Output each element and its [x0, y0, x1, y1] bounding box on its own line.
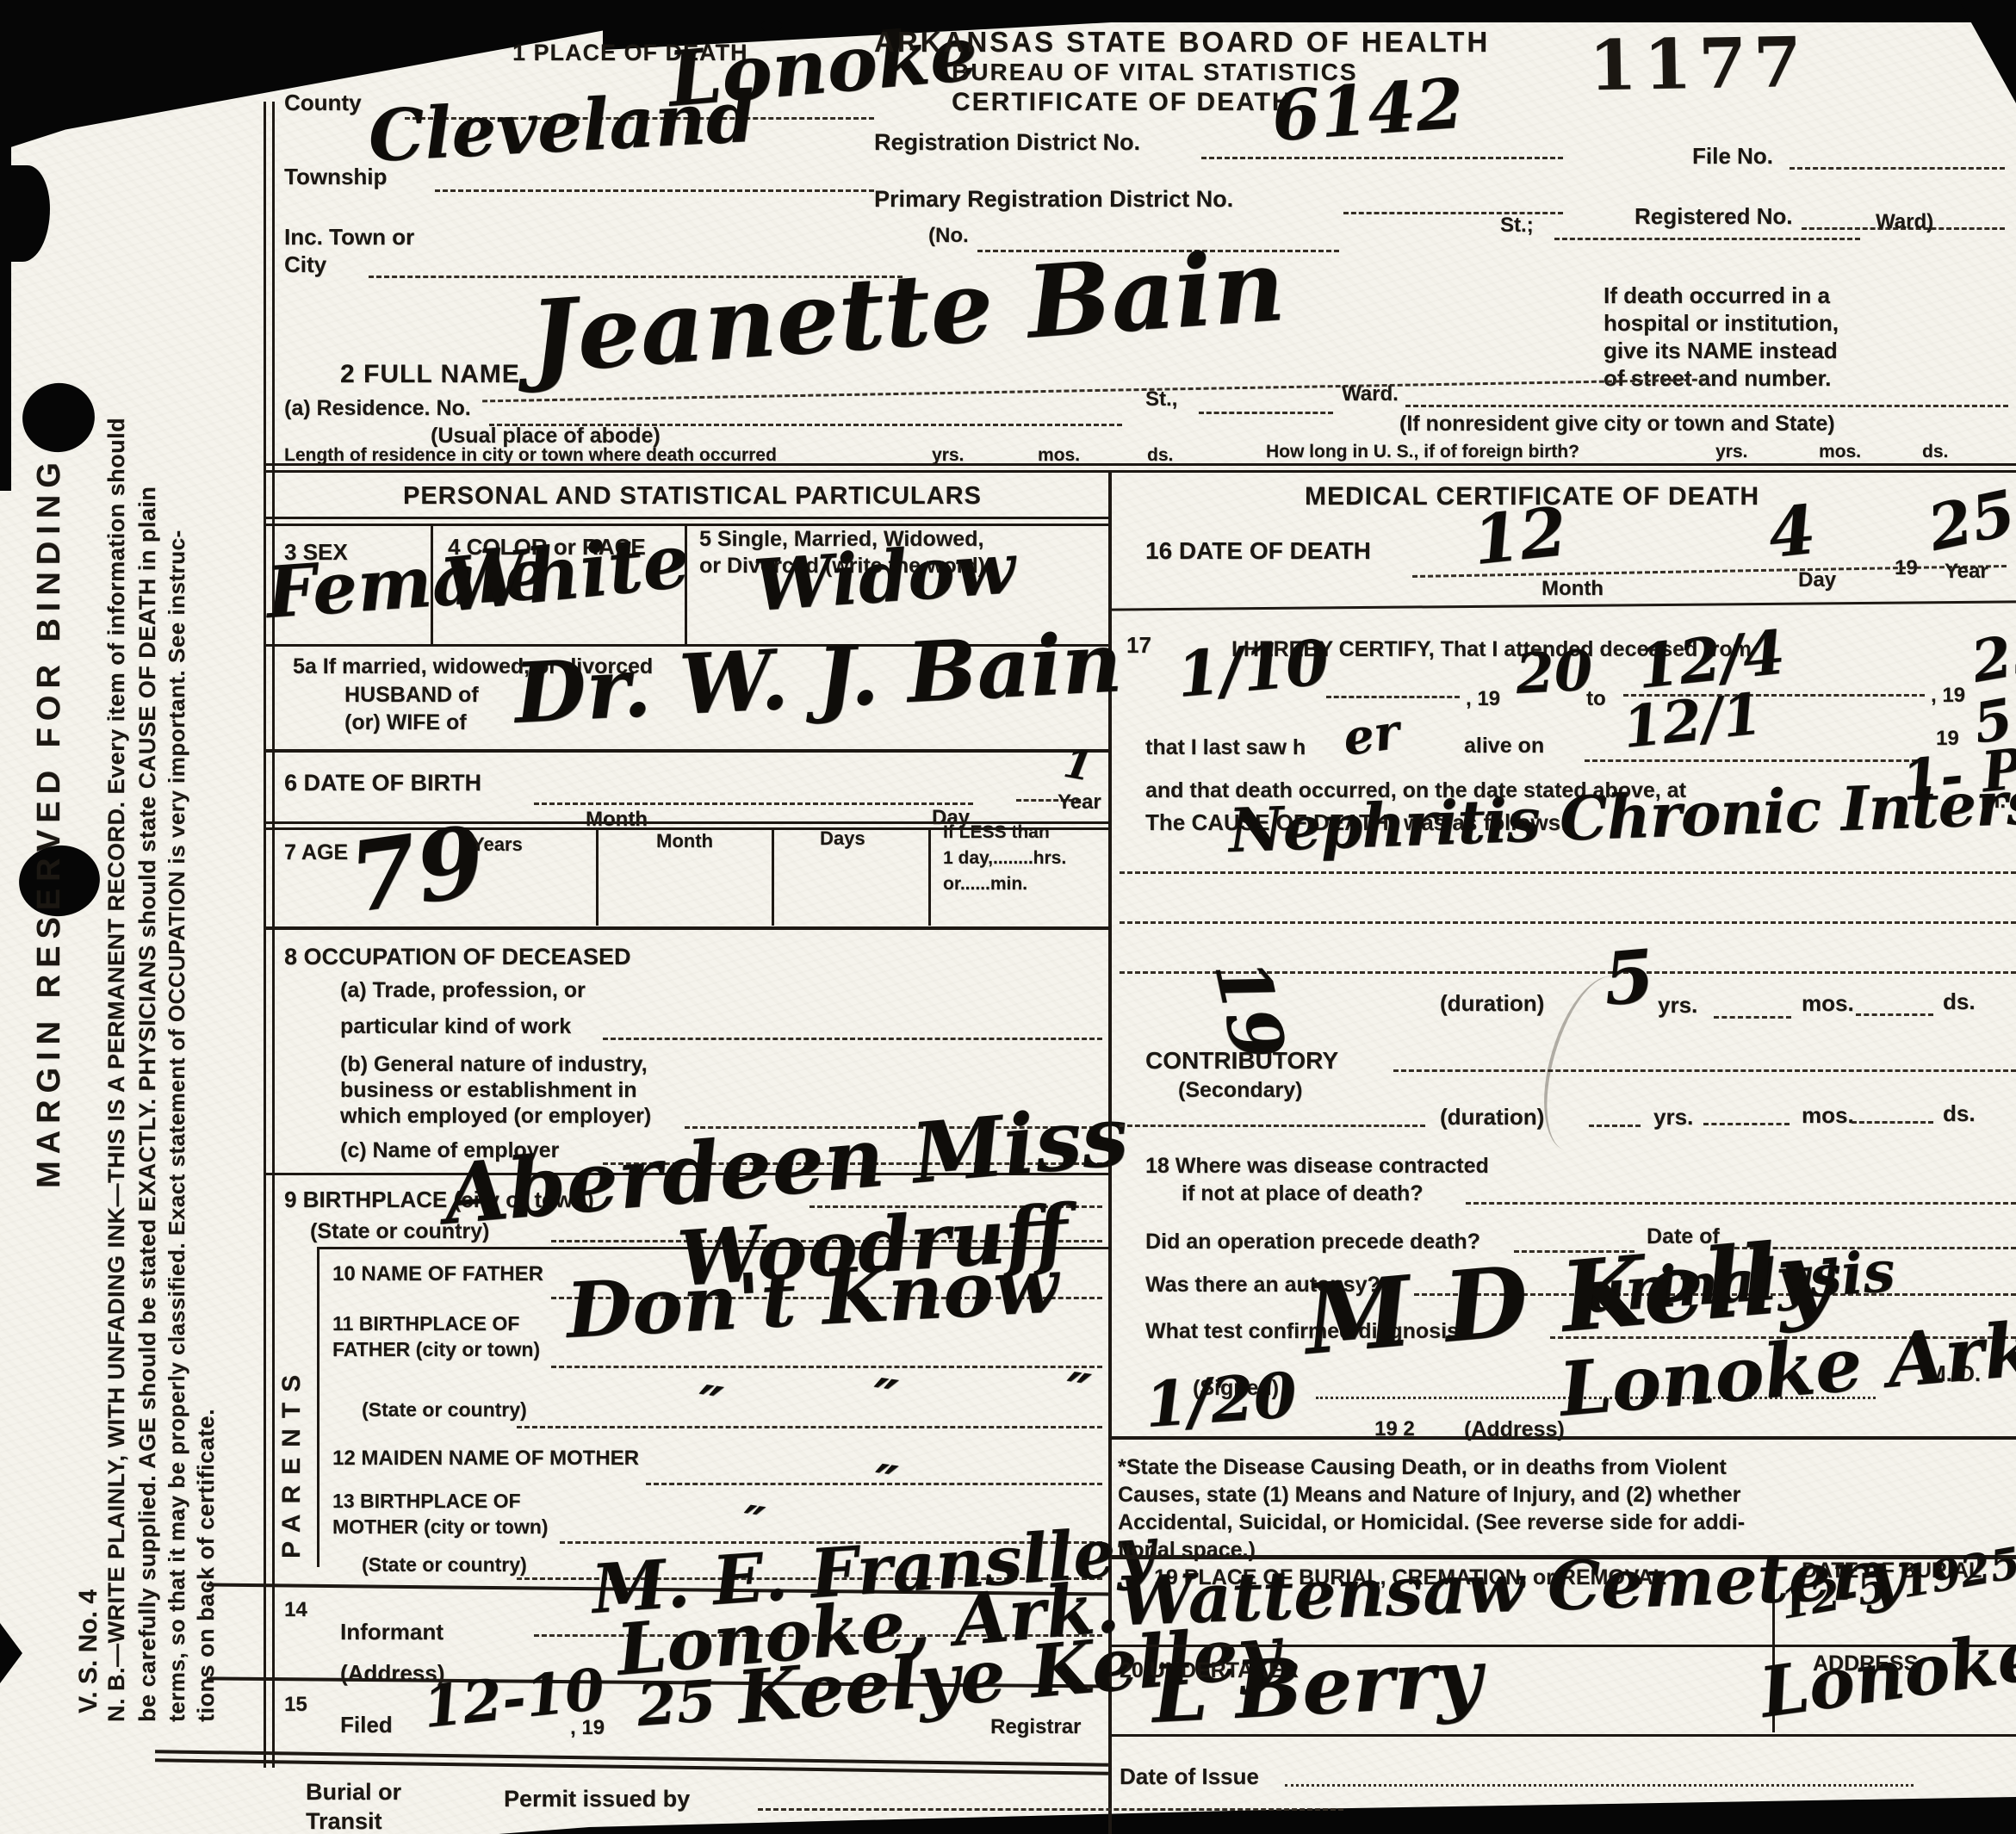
- length-ds-label: ds.: [1147, 446, 1173, 464]
- full-name-label: 2 FULL NAME: [340, 362, 520, 387]
- occupation-b3: which employed (or employer): [340, 1106, 651, 1127]
- death-year-value: 25: [1923, 481, 2016, 560]
- howlong-ds-label: ds.: [1922, 443, 1948, 461]
- registration-district-value: 6142: [1269, 69, 1466, 151]
- duration1-value: 5: [1601, 939, 1658, 1016]
- age-divider-3: [928, 827, 931, 926]
- duration2-mos: mos.: [1802, 1104, 1854, 1126]
- attended-19-to: , 19: [1931, 685, 1965, 706]
- duration1-label: (duration): [1440, 992, 1544, 1014]
- margin-nb-line4: tions on back of certificate.: [195, 207, 218, 1722]
- operation-label: Did an operation precede death?: [1145, 1231, 1480, 1253]
- registrar-label: Registrar: [990, 1717, 1081, 1738]
- permit-line: [758, 1808, 1343, 1811]
- duration2-yrs-line: [1589, 1125, 1641, 1127]
- duration1-mos-line: [1856, 1013, 1933, 1016]
- father-state-line: [517, 1426, 1102, 1428]
- permit-label: Permit issued by: [504, 1788, 690, 1811]
- nonresident-note: (If nonresident give city or town and St…: [1399, 413, 1835, 435]
- secondary-label: (Secondary): [1178, 1080, 1302, 1101]
- personal-header: PERSONAL AND STATISTICAL PARTICULARS: [403, 484, 982, 509]
- hospital-note-2: hospital or institution,: [1603, 312, 1839, 334]
- hospital-note-1: If death occurred in a: [1603, 284, 1830, 307]
- certificate-number-stamp: 1177: [1588, 28, 1808, 100]
- occupation-a2: particular kind of work: [340, 1016, 571, 1038]
- undertaker-value: L Berry: [1150, 1638, 1484, 1734]
- disease-contracted-label-1: 18 Where was disease contracted: [1145, 1156, 1489, 1177]
- certify-number: 17: [1126, 634, 1151, 656]
- age-label: 7 AGE: [284, 842, 348, 864]
- duration2-ds-line: [1852, 1121, 1933, 1124]
- mother-maiden-line: [646, 1483, 1102, 1485]
- primary-registration-label: Primary Registration District No.: [874, 188, 1233, 211]
- age-divider-1: [596, 827, 599, 926]
- filed-year-value: 25: [635, 1672, 717, 1734]
- form-border-left-outer: [264, 102, 266, 1768]
- residence-ward-label: Ward.: [1342, 384, 1399, 405]
- attended-from-value: 1/10: [1175, 631, 1331, 706]
- howlong-label: How long in U. S., if of foreign birth?: [1266, 443, 1579, 461]
- marital-value: Widow: [751, 533, 1017, 622]
- father-birthplace-label-2: FATHER (city or town): [332, 1340, 540, 1360]
- residence-st-label: St.,: [1145, 389, 1177, 410]
- death-day-header: Day: [1798, 570, 1836, 591]
- death-month-value: 12: [1470, 499, 1570, 575]
- st-semi-label: St.;: [1500, 215, 1534, 236]
- contributory-line: [1393, 1069, 2016, 1072]
- occupation-a1: (a) Trade, profession, or: [340, 980, 586, 1001]
- dob-label: 6 DATE OF BIRTH: [284, 771, 481, 795]
- attended-to-year: 25: [1968, 621, 2016, 691]
- board-title: ARKANSAS STATE BOARD OF HEALTH: [874, 28, 1490, 56]
- disease-contracted-label-2: if not at place of death?: [1182, 1183, 1424, 1205]
- last-saw-value: 12/1: [1620, 685, 1765, 756]
- husband-label-2: HUSBAND of: [344, 685, 479, 706]
- margin-binding-note: MARGIN RESERVED FOR BINDING: [33, 370, 65, 1188]
- undertaker-row-line: [1112, 1734, 2016, 1737]
- transit-label: Transit: [306, 1810, 382, 1833]
- cause-line-1: [1120, 871, 2016, 874]
- residence-ward-line: [1405, 405, 2008, 407]
- township-line: [435, 189, 874, 192]
- dob-year-label: Year: [1058, 792, 1101, 813]
- mother-maiden-label: 12 MAIDEN NAME OF MOTHER: [332, 1448, 639, 1469]
- informant-number: 14: [284, 1600, 307, 1620]
- residence-label: (a) Residence. No.: [284, 398, 471, 419]
- howlong-yrs-label: yrs.: [1715, 443, 1747, 461]
- st-line: [1554, 238, 1860, 240]
- informant-label: Informant: [340, 1620, 444, 1643]
- hospital-note-4: of street and number.: [1603, 367, 1831, 389]
- duration2-label: (duration): [1440, 1106, 1544, 1128]
- date-of-issue-line: [1285, 1784, 1914, 1787]
- date-of-death-label: 16 DATE OF DEATH: [1145, 539, 1371, 563]
- mother-birthplace-label-2: MOTHER (city or town): [332, 1517, 548, 1537]
- footnote-2: Causes, state (1) Means and Nature of In…: [1118, 1484, 1740, 1506]
- personal-header-line-a: [264, 517, 1108, 519]
- county-label: County: [284, 91, 362, 114]
- age-ifless-1: If LESS than: [943, 823, 1050, 841]
- registration-district-label: Registration District No.: [874, 131, 1140, 154]
- father-birthplace-label-1: 11 BIRTHPLACE OF: [332, 1314, 519, 1334]
- date-of-issue-label: Date of Issue: [1120, 1765, 1259, 1788]
- husband-row-line: [264, 749, 1108, 753]
- occupation-header: 8 OCCUPATION OF DECEASED: [284, 945, 631, 969]
- father-state-label: (State or country): [362, 1400, 527, 1420]
- duration1-yrs: yrs.: [1658, 994, 1697, 1016]
- attended-from-year: 20: [1515, 643, 1594, 703]
- registered-no-label: Registered No.: [1635, 205, 1793, 227]
- length-residence-label: Length of residence in city or town wher…: [284, 446, 777, 464]
- hospital-note-3: give its NAME instead: [1603, 339, 1838, 362]
- death-day-value: 4: [1765, 497, 1819, 568]
- duration2-lead-line: [1120, 1125, 1425, 1127]
- howlong-mos-label: mos.: [1819, 443, 1861, 461]
- burial-or-label: Burial or: [306, 1781, 401, 1804]
- father-name-label: 10 NAME OF FATHER: [332, 1264, 543, 1285]
- attended-19-from: , 19: [1466, 689, 1500, 709]
- registration-district-line: [1201, 157, 1563, 159]
- last-saw-label: that I last saw h: [1145, 737, 1306, 759]
- husband-label-3: (or) WIFE of: [344, 712, 467, 734]
- parents-vertical-label: PARENTS: [279, 1274, 305, 1558]
- age-bottom-line: [264, 926, 1108, 930]
- filed-number: 15: [284, 1695, 307, 1715]
- age-years-header: Years: [472, 835, 523, 854]
- duration2-ds: ds.: [1943, 1102, 1976, 1125]
- length-yrs-label: yrs.: [932, 446, 964, 464]
- city-label: City: [284, 253, 326, 276]
- duration2-mos-line: [1703, 1123, 1790, 1125]
- contributory-label: CONTRIBUTORY: [1145, 1049, 1338, 1073]
- form-border-left-inner: [272, 102, 275, 1768]
- duration1-mos: mos.: [1802, 992, 1854, 1014]
- duration1-yrs-line: [1714, 1016, 1791, 1019]
- last-saw-er: er: [1340, 707, 1402, 763]
- parents-bracket-line: [317, 1247, 319, 1567]
- inc-town-label: Inc. Town or: [284, 226, 414, 248]
- footnote-3: Accidental, Suicidal, or Homicidal. (See…: [1118, 1512, 1745, 1533]
- father-birthplace-value: Don't Know: [564, 1247, 1060, 1348]
- margin-form-number: V. S. No. 4: [76, 1498, 102, 1713]
- age-value: 79: [344, 813, 490, 927]
- margin-nb-line2: be carefully supplied. AGE should be sta…: [136, 207, 159, 1722]
- attended-from-line: [1326, 696, 1460, 698]
- father-birthplace-line: [551, 1366, 1102, 1368]
- death-certificate-scan: MARGIN RESERVED FOR BINDING N. B.—WRITE …: [0, 0, 2016, 1834]
- margin-nb-line3: terms, so that it may be properly classi…: [165, 207, 188, 1722]
- mother-birthplace-label-1: 13 BIRTHPLACE OF: [332, 1491, 521, 1511]
- death-month-header: Month: [1541, 579, 1603, 599]
- certificate-title: CERTIFICATE OF DEATH: [952, 90, 1293, 115]
- margin-nb-line1: N. B.—WRITE PLAINLY, WITH UNFADING INK—T…: [105, 207, 128, 1722]
- duration1-ds: ds.: [1943, 990, 1976, 1013]
- length-mos-label: mos.: [1038, 446, 1080, 464]
- age-ifless-2: 1 day,........hrs.: [943, 849, 1066, 867]
- alive-on-label: alive on: [1464, 735, 1544, 757]
- section-divider-top-b: [264, 470, 2016, 473]
- signed-date-value: 1/20: [1143, 1364, 1299, 1436]
- age-divider-2: [772, 827, 774, 926]
- residence-st-line: [1199, 412, 1333, 414]
- file-no-line: [1790, 167, 2005, 170]
- occupation-b1: (b) General nature of industry,: [340, 1054, 648, 1075]
- township-label: Township: [284, 165, 387, 188]
- duration2-yrs: yrs.: [1653, 1106, 1693, 1128]
- no-paren-label: (No.: [928, 226, 969, 246]
- disease-contracted-line: [1466, 1202, 2016, 1205]
- dob-line: [534, 802, 973, 805]
- township-value-handwriting: Cleveland: [367, 82, 757, 172]
- occupation-b2: business or establishment in: [340, 1080, 637, 1101]
- filed-label: Filed: [340, 1713, 393, 1736]
- attended-to-label: to: [1586, 689, 1606, 709]
- signed-row-line: [1112, 1436, 2016, 1440]
- file-no-label: File No.: [1692, 145, 1773, 167]
- cause-line-2: [1120, 921, 2016, 924]
- ward-paren-label: Ward): [1876, 212, 1933, 232]
- age-month-header: Month: [656, 832, 713, 851]
- age-ifless-3: or......min.: [943, 875, 1027, 893]
- death-year-header: Year: [1945, 561, 1988, 582]
- mother-state-label: (State or country): [362, 1555, 527, 1575]
- footnote-1: *State the Disease Causing Death, or in …: [1118, 1457, 1727, 1478]
- age-days-header: Days: [820, 829, 865, 848]
- filed-19-label: , 19: [570, 1718, 605, 1738]
- birthplace-state-label: (State or country): [310, 1221, 489, 1242]
- abode-label: (Usual place of abode): [431, 425, 661, 447]
- occupation-a-line: [603, 1038, 1102, 1040]
